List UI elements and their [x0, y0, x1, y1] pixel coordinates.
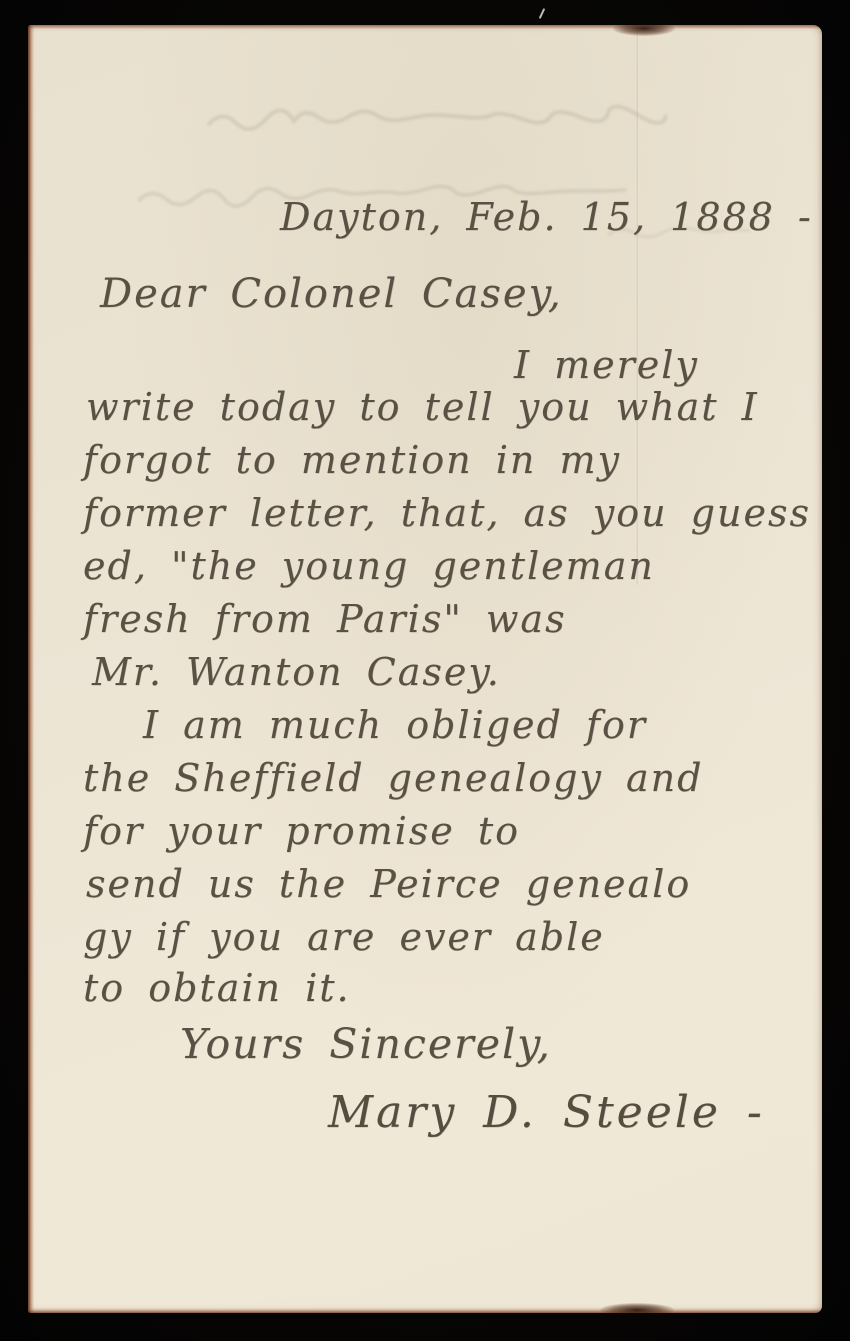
edge-smudge-top [613, 25, 675, 36]
letter-line: former letter, that, as you guess [83, 491, 811, 535]
photo-background: Dayton, Feb. 15, 1888 - Dear Colonel Cas… [0, 0, 850, 1341]
dust-speck [539, 8, 545, 19]
letter-line: send us the Peirce genealo [86, 862, 691, 906]
closing: Yours Sincerely, [180, 1020, 552, 1068]
salutation: Dear Colonel Casey, [100, 271, 563, 317]
paper-gilt-edge-left [28, 25, 34, 1313]
letter-line: the Sheffield genealogy and [83, 756, 703, 800]
letter-line: I merely [514, 343, 699, 387]
letter-line: to obtain it. [83, 966, 351, 1010]
letter-page: Dayton, Feb. 15, 1888 - Dear Colonel Cas… [28, 25, 822, 1313]
letter-line: gy if you are ever able [83, 915, 605, 959]
letter-line: forgot to mention in my [83, 438, 621, 482]
letter-line: fresh from Paris" was [83, 597, 567, 641]
letter-line: write today to tell you what I [86, 385, 759, 429]
edge-smudge-bottom [600, 1303, 674, 1313]
paper-gilt-edge-bottom [28, 1308, 822, 1313]
letter-line: for your promise to [83, 809, 520, 853]
letter-line: ed, "the young gentleman [83, 544, 655, 588]
paper-gilt-edge-top [28, 25, 822, 29]
dateline: Dayton, Feb. 15, 1888 - [280, 195, 813, 239]
signature: Mary D. Steele - [328, 1087, 765, 1138]
letter-line: Mr. Wanton Casey. [92, 650, 501, 694]
letter-line: I am much obliged for [143, 703, 647, 747]
